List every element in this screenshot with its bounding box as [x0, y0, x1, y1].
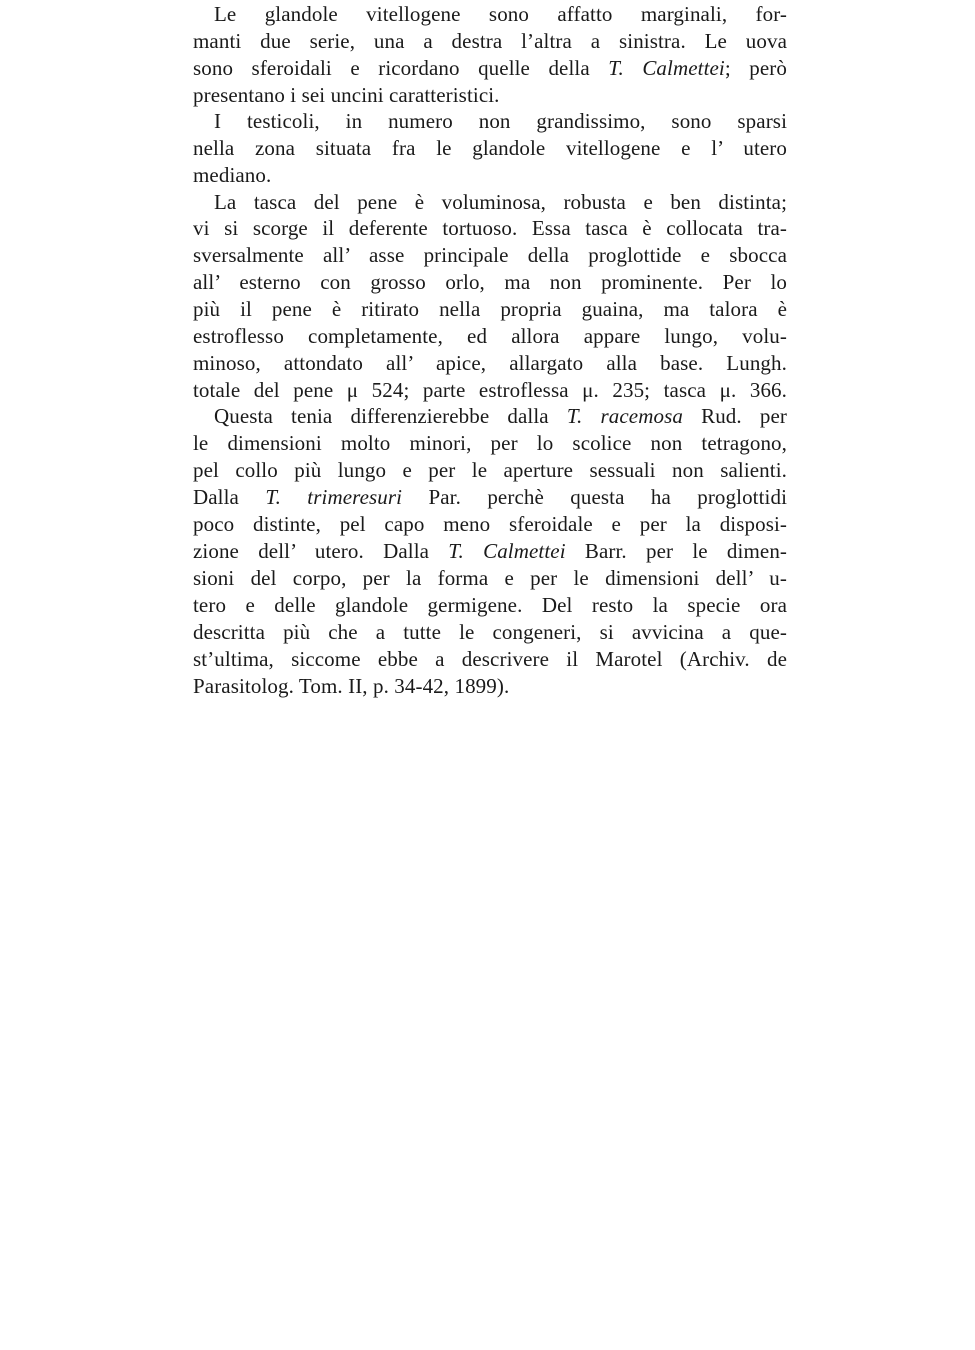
taxon-name: Calmettei: [483, 539, 566, 563]
taxon-name: trimeresuri: [307, 485, 402, 509]
text-line: le dimensioni molto minori, per lo scoli…: [193, 430, 787, 457]
taxon-genus: T.: [567, 404, 583, 428]
text-line: descritta più che a tutte le congeneri, …: [193, 619, 787, 646]
taxon-genus: T.: [608, 56, 624, 80]
text-line: Le glandole vitellogene sono affatto mar…: [214, 1, 787, 28]
text-line: La tasca del pene è voluminosa, robusta …: [214, 189, 787, 216]
text-line: all’ esterno con grosso orlo, ma non pro…: [193, 269, 787, 296]
text-line: estroflesso completamente, ed allora app…: [193, 323, 787, 350]
text-line: sono sferoidali e ricordano quelle della…: [193, 55, 787, 82]
text-line: nella zona situata fra le glandole vitel…: [193, 135, 787, 162]
text-line: presentano i sei uncini caratteristici.: [193, 82, 787, 109]
document-page: Le glandole vitellogene sono affatto mar…: [0, 0, 975, 1350]
text-line: mediano.: [193, 162, 787, 189]
text-line: Dalla T. trimeresuri Par. perchè questa …: [193, 484, 787, 511]
text-line: più il pene è ritirato nella propria gua…: [193, 296, 787, 323]
text-line: st’ultima, siccome ebbe a descrivere il …: [193, 646, 787, 673]
text-line: Parasitolog. Tom. II, p. 34-42, 1899).: [193, 673, 787, 700]
text-line: totale del pene μ 524; parte estroflessa…: [193, 377, 787, 404]
text-line: pel collo più lungo e per le aperture se…: [193, 457, 787, 484]
taxon-name: racemosa: [601, 404, 683, 428]
text-line: I testicoli, in numero non grandissimo, …: [214, 108, 787, 135]
text-line: zione dell’ utero. Dalla T. Calmettei Ba…: [193, 538, 787, 565]
text-line: Questa tenia differenzierebbe dalla T. r…: [214, 403, 787, 430]
taxon-genus: T.: [265, 485, 281, 509]
text-line: sversalmente all’ asse principale della …: [193, 242, 787, 269]
text-line: poco distinte, pel capo meno sferoidale …: [193, 511, 787, 538]
text-line: tero e delle glandole germigene. Del res…: [193, 592, 787, 619]
taxon-genus: T.: [448, 539, 464, 563]
text-line: sioni del corpo, per la forma e per le d…: [193, 565, 787, 592]
text-line: manti due serie, una a destra l’altra a …: [193, 28, 787, 55]
text-line: vi si scorge il deferente tortuoso. Essa…: [193, 215, 787, 242]
taxon-name: Calmettei: [642, 56, 725, 80]
text-line: minoso, attondato all’ apice, allargato …: [193, 350, 787, 377]
